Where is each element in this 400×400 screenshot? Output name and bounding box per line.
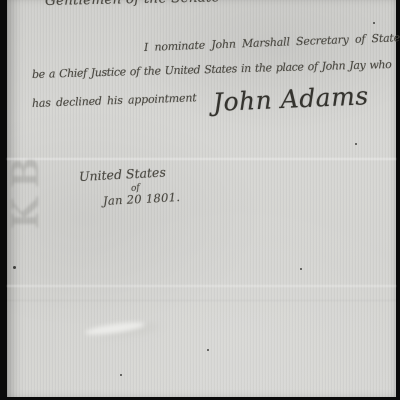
ink-speck bbox=[355, 143, 357, 145]
scanned-document-frame: KB Gentlemen of the Senate I nominate Jo… bbox=[0, 0, 400, 400]
signature-john-adams: John Adams bbox=[212, 81, 369, 117]
salutation-text: Gentlemen of the Senate bbox=[45, 0, 220, 9]
date-text: Jan 20 1801. bbox=[103, 190, 181, 208]
ink-speck bbox=[13, 266, 16, 269]
fold-crease-lower bbox=[7, 285, 396, 287]
ink-speck bbox=[120, 374, 122, 376]
body-line-2: be a Chief Justice of the United States … bbox=[32, 58, 392, 81]
fold-crease-upper bbox=[7, 158, 396, 160]
body-line-1: I nominate John Marshall Secretary of St… bbox=[144, 31, 400, 54]
body-line-3: has declined his appointment bbox=[32, 91, 197, 110]
place-text: United States bbox=[79, 164, 167, 184]
ink-speck bbox=[373, 22, 375, 24]
fold-crease-shadow bbox=[7, 300, 396, 301]
paper-smudge bbox=[85, 320, 146, 337]
ink-speck bbox=[300, 268, 302, 270]
bleedthrough-watermark: KB bbox=[5, 98, 45, 278]
ink-speck bbox=[207, 349, 209, 351]
letter-page: KB Gentlemen of the Senate I nominate Jo… bbox=[7, 0, 396, 397]
